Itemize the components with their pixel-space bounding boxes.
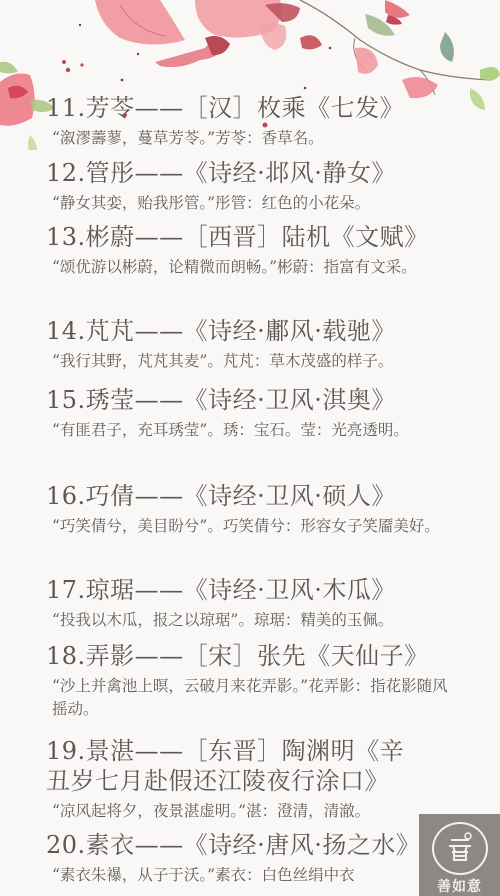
entry-14: 14.芃芃——《诗经·鄘风·载驰》 “我行其野，芃芃其麦”。芃芃：草木茂盛的样子… [46,316,456,373]
entry-19: 19.景湛——［东晋］陶渊明《辛丑岁七月赴假还江陵夜行涂口》 “凉风起将夕，夜景… [46,736,456,823]
watermark-text: 善如意 [437,876,482,896]
entry-quote: “凉风起将夕，夜景湛虚明。”湛：澄清，清澈。 [46,800,448,823]
entry-title: 19.景湛——［东晋］陶渊明《辛丑岁七月赴假还江陵夜行涂口》 [46,736,426,796]
entry-title: 15.琇莹——《诗经·卫风·淇奥》 [46,385,456,415]
entry-17: 17.琼琚——《诗经·卫风·木瓜》 “投我以木瓜，报之以琼琚”。琼琚：精美的玉佩… [46,575,456,632]
entry-quote: “巧笑倩兮，美目盼兮”。巧笑倩兮：形容女子笑靥美好。 [46,515,448,538]
entry-title: 11.芳苓——［汉］枚乘《七发》 [46,93,456,123]
entry-11: 11.芳苓——［汉］枚乘《七发》 “溆漻薵蓼，蔓草芳苓。”芳苓：香草名。 [46,93,456,150]
entry-18: 18.弄影——［宋］张先《天仙子》 “沙上并禽池上暝，云破月来花弄影。”花弄影：… [46,641,456,721]
entry-title: 16.巧倩——《诗经·卫风·硕人》 [46,481,456,511]
entry-20: 20.素衣——《诗经·唐风·扬之水》 “素衣朱襮，从子于沃。”素衣：白色丝绢中衣 [46,830,456,887]
entry-quote: “沙上并禽池上暝，云破月来花弄影。”花弄影：指花影随风摇动。 [46,675,448,721]
entry-16: 16.巧倩——《诗经·卫风·硕人》 “巧笑倩兮，美目盼兮”。巧笑倩兮：形容女子笑… [46,481,456,538]
entry-title: 17.琼琚——《诗经·卫风·木瓜》 [46,575,456,605]
entry-quote: “颂优游以彬蔚，论精微而朗畅。”彬蔚：指富有文采。 [46,256,448,279]
entry-quote: “素衣朱襮，从子于沃。”素衣：白色丝绢中衣 [46,864,448,887]
entry-title: 14.芃芃——《诗经·鄘风·载驰》 [46,316,456,346]
entry-13: 13.彬蔚——［西晋］陆机《文赋》 “颂优游以彬蔚，论精微而朗畅。”彬蔚：指富有… [46,222,456,279]
entry-title: 13.彬蔚——［西晋］陆机《文赋》 [46,222,456,252]
entry-title: 20.素衣——《诗经·唐风·扬之水》 [46,830,456,860]
ruyi-logo-icon [432,822,488,875]
entry-quote: “投我以木瓜，报之以琼琚”。琼琚：精美的玉佩。 [46,609,448,632]
entry-quote: “有匪君子，充耳琇莹”。琇：宝石。莹：光亮透明。 [46,419,448,442]
entry-quote: “溆漻薵蓼，蔓草芳苓。”芳苓：香草名。 [46,127,448,150]
watermark-logo: 善如意 [419,814,500,896]
entry-quote: “我行其野，芃芃其麦”。芃芃：草木茂盛的样子。 [46,350,448,373]
entry-12: 12.管彤——《诗经·邶风·静女》 “静女其娈，贻我彤管。”彤管：红色的小花朵。 [46,158,456,215]
entry-quote: “静女其娈，贻我彤管。”彤管：红色的小花朵。 [46,192,448,215]
entry-title: 12.管彤——《诗经·邶风·静女》 [46,158,456,188]
entry-15: 15.琇莹——《诗经·卫风·淇奥》 “有匪君子，充耳琇莹”。琇：宝石。莹：光亮透… [46,385,456,442]
entry-title: 18.弄影——［宋］张先《天仙子》 [46,641,456,671]
